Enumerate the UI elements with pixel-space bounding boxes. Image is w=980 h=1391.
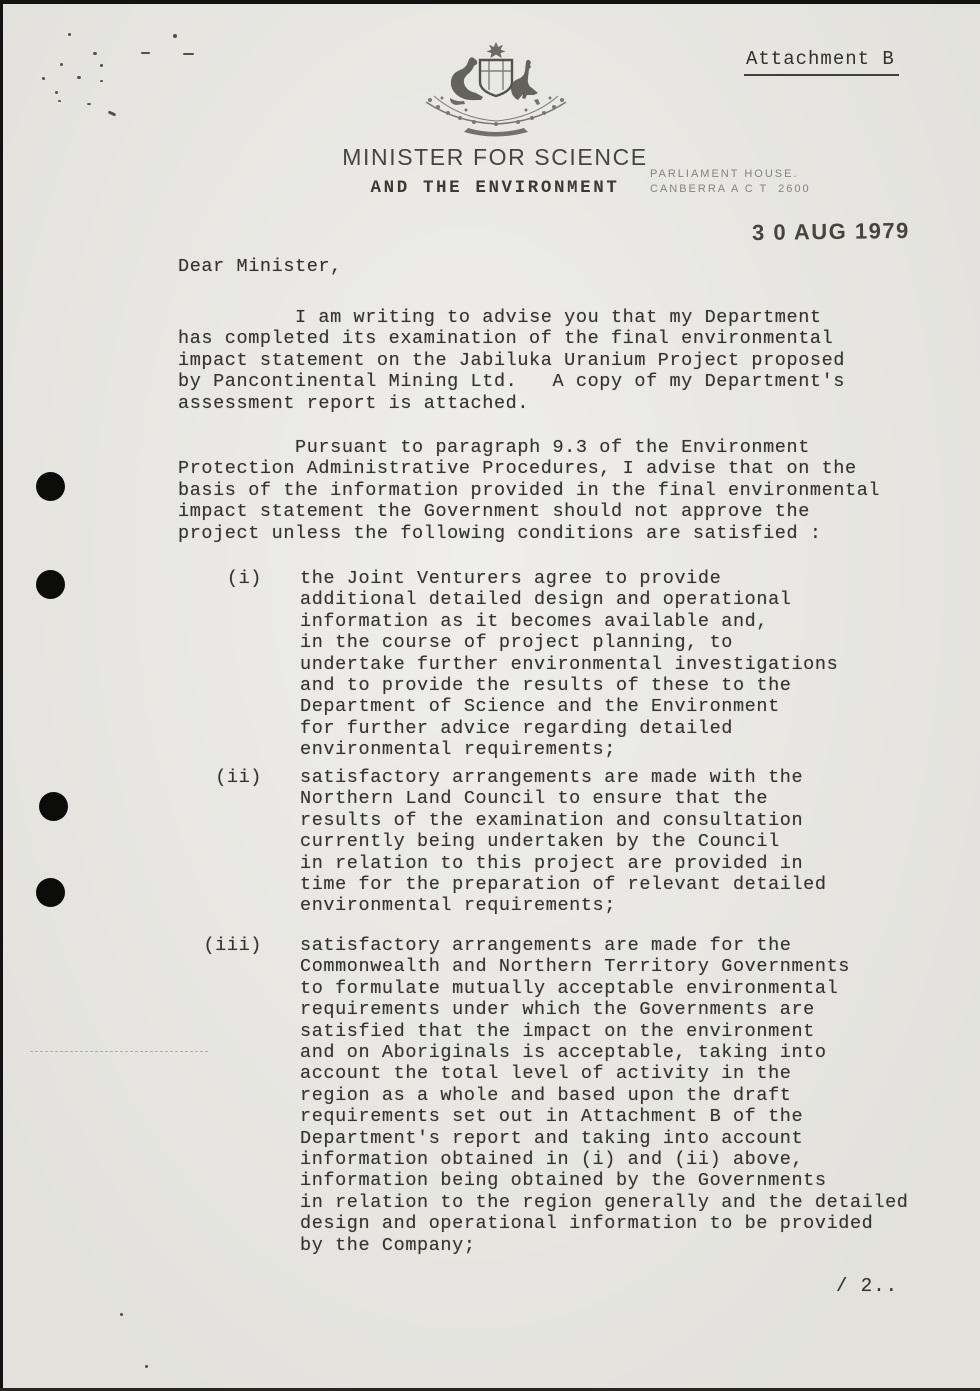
scan-edge-top	[0, 0, 980, 4]
letterhead-address: PARLIAMENT HOUSE. CANBERRA A C T 2600	[650, 167, 811, 196]
hole-punch	[36, 570, 65, 599]
hole-punch	[36, 878, 65, 907]
condition-item-iii: (iii) satisfactory arrangements are made…	[178, 935, 909, 1256]
condition-label: (i)	[178, 568, 262, 589]
condition-label: (iii)	[178, 935, 262, 956]
condition-text: the Joint Venturers agree to provide add…	[300, 568, 838, 761]
letterhead-title: MINISTER FOR SCIENCE	[330, 144, 660, 171]
condition-item-i: (i) the Joint Venturers agree to provide…	[178, 568, 838, 761]
letterhead-subtitle: AND THE ENVIRONMENT	[330, 178, 660, 198]
hole-punch	[36, 472, 65, 501]
scan-edge-left	[0, 0, 3, 1391]
salutation: Dear Minister,	[178, 256, 342, 277]
page-continuation-marker: / 2..	[836, 1276, 898, 1297]
condition-label: (ii)	[178, 767, 262, 788]
attachment-label: Attachment B	[744, 48, 899, 76]
paragraph: Pursuant to paragraph 9.3 of the Environ…	[178, 437, 880, 544]
condition-text: satisfactory arrangements are made for t…	[300, 935, 909, 1256]
australian-coat-of-arms-icon	[406, 40, 586, 140]
date-stamp: 3 0 AUG 1979	[752, 218, 910, 246]
condition-text: satisfactory arrangements are made with …	[300, 767, 827, 917]
hole-punch	[39, 792, 68, 821]
paragraph: I am writing to advise you that my Depar…	[178, 307, 845, 414]
condition-item-ii: (ii) satisfactory arrangements are made …	[178, 767, 827, 917]
